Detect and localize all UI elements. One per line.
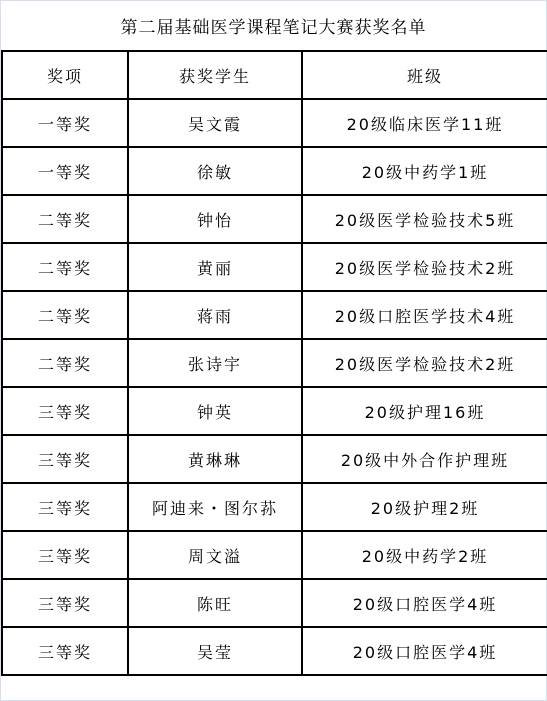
award-cell: 三等奖	[2, 627, 128, 675]
award-cell: 二等奖	[2, 291, 128, 339]
student-cell: 徐敏	[128, 147, 302, 195]
table-row: 三等奖陈旺20级口腔医学4班	[2, 579, 547, 627]
award-cell: 三等奖	[2, 483, 128, 531]
table-row: 一等奖徐敏20级中药学1班	[2, 147, 547, 195]
class-cell: 20级医学检验技术5班	[302, 195, 547, 243]
class-cell: 20级护理16班	[302, 387, 547, 435]
class-cell: 20级中药学2班	[302, 531, 547, 579]
student-cell: 钟怡	[128, 195, 302, 243]
class-cell: 20级医学检验技术2班	[302, 339, 547, 387]
student-cell: 陈旺	[128, 579, 302, 627]
table-row: 三等奖周文溢20级中药学2班	[2, 531, 547, 579]
class-cell: 20级中药学1班	[302, 147, 547, 195]
table-row: 二等奖黄丽20级医学检验技术2班	[2, 243, 547, 291]
student-cell: 周文溢	[128, 531, 302, 579]
class-cell: 20级护理2班	[302, 483, 547, 531]
header-student: 获奖学生	[128, 51, 302, 99]
table-row: 二等奖张诗宇20级医学检验技术2班	[2, 339, 547, 387]
award-cell: 三等奖	[2, 387, 128, 435]
table-header-row: 奖项 获奖学生 班级	[2, 51, 547, 99]
class-cell: 20级口腔医学4班	[302, 579, 547, 627]
student-cell: 黄琳琳	[128, 435, 302, 483]
table-row: 二等奖蒋雨20级口腔医学技术4班	[2, 291, 547, 339]
award-cell: 二等奖	[2, 243, 128, 291]
student-cell: 吴莹	[128, 627, 302, 675]
award-cell: 一等奖	[2, 99, 128, 147]
class-cell: 20级口腔医学技术4班	[302, 291, 547, 339]
class-cell: 20级临床医学11班	[302, 99, 547, 147]
award-cell: 二等奖	[2, 195, 128, 243]
student-cell: 黄丽	[128, 243, 302, 291]
award-cell: 一等奖	[2, 147, 128, 195]
class-cell: 20级医学检验技术2班	[302, 243, 547, 291]
table-row: 一等奖吴文霞20级临床医学11班	[2, 99, 547, 147]
table-row: 三等奖黄琳琳20级中外合作护理班	[2, 435, 547, 483]
award-table: 奖项 获奖学生 班级 一等奖吴文霞20级临床医学11班一等奖徐敏20级中药学1班…	[1, 50, 547, 676]
page-title: 第二届基础医学课程笔记大赛获奖名单	[1, 1, 546, 50]
header-award: 奖项	[2, 51, 128, 99]
table-row: 三等奖阿迪来・图尔荪20级护理2班	[2, 483, 547, 531]
award-cell: 二等奖	[2, 339, 128, 387]
student-cell: 张诗宇	[128, 339, 302, 387]
student-cell: 钟英	[128, 387, 302, 435]
class-cell: 20级口腔医学4班	[302, 627, 547, 675]
student-cell: 阿迪来・图尔荪	[128, 483, 302, 531]
award-list-sheet: 第二届基础医学课程笔记大赛获奖名单 奖项 获奖学生 班级 一等奖吴文霞20级临床…	[1, 1, 546, 700]
class-cell: 20级中外合作护理班	[302, 435, 547, 483]
header-class: 班级	[302, 51, 547, 99]
table-row: 二等奖钟怡20级医学检验技术5班	[2, 195, 547, 243]
award-cell: 三等奖	[2, 435, 128, 483]
table-row: 三等奖吴莹20级口腔医学4班	[2, 627, 547, 675]
student-cell: 吴文霞	[128, 99, 302, 147]
table-row: 三等奖钟英20级护理16班	[2, 387, 547, 435]
award-cell: 三等奖	[2, 531, 128, 579]
student-cell: 蒋雨	[128, 291, 302, 339]
award-cell: 三等奖	[2, 579, 128, 627]
